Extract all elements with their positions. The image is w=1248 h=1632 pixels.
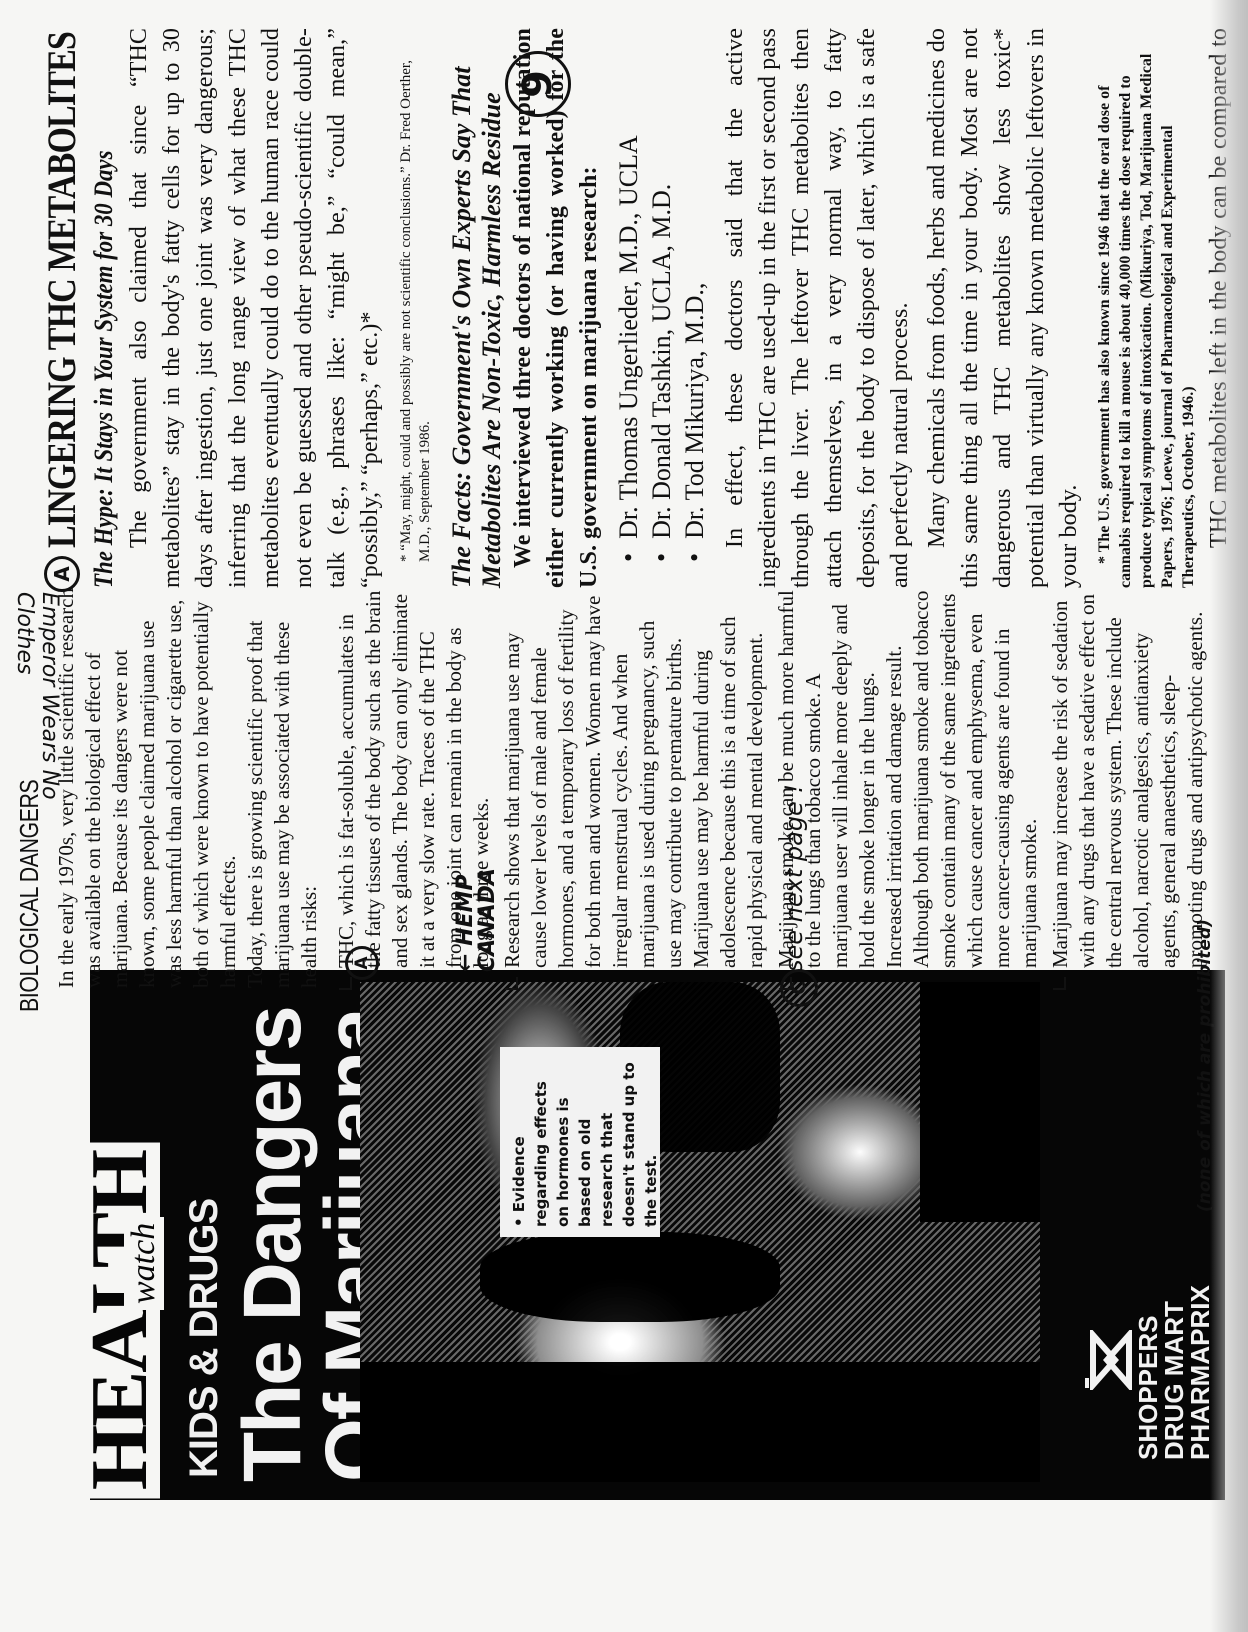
section-heading: LINGERING THC METABOLITES (38, 101, 85, 548)
hype-paragraph: The government also claimed that since “… (123, 28, 387, 588)
photo-caption-box: • Evidence regarding effects on hormones… (500, 1047, 660, 1237)
effect-paragraph: In effect, these doctors said that the a… (719, 28, 917, 588)
handwritten-see-next-page: see next page ! (780, 772, 808, 972)
doctor-item: Dr. Tod Mikuriya, M.D., (678, 22, 711, 562)
chemicals-paragraph: Many chemicals from foods, herbs and med… (921, 28, 1086, 588)
footnote: * The U.S. government has also known sin… (1094, 28, 1199, 588)
photo-teens (360, 982, 1040, 1482)
circled-marker-a: A (44, 556, 80, 592)
watch-wordmark: watch (124, 1217, 164, 1310)
sponsor-line-2: DRUG MART (1161, 1285, 1187, 1460)
circled-marker-a: A (345, 946, 379, 980)
handwritten-hemp-canada: ← HEMP CANADA (455, 852, 499, 972)
intro-paragraph: In the early 1970s, very little scientif… (53, 588, 242, 988)
checkbox-icon (339, 977, 352, 990)
today-paragraph: Today, there is growing scientific proof… (242, 588, 323, 988)
risk-item: Research shows that marijuana use may ca… (499, 588, 769, 1012)
footnote: * “May, might, could and possibly are no… (397, 42, 435, 562)
health-wordmark: HEALTH (80, 1143, 160, 1499)
photo-caption: • Evidence regarding effects on hormones… (508, 1057, 662, 1227)
sponsor-line-1: SHOPPERS (1135, 1285, 1161, 1460)
headline-line-1: The Dangers (230, 1007, 316, 1482)
circled-page-number: 9 (505, 51, 571, 117)
facts-subheading: The Facts: Government's Own Experts Say … (447, 28, 507, 588)
biological-dangers-column: BIOLOGICAL DANGERS In the early 1970s, v… (14, 592, 1214, 1012)
doctor-item: Dr. Thomas Ungerlieder, M.D., UCLA (612, 22, 645, 562)
kicker: KIDS & DRUGS (182, 1199, 227, 1478)
doctor-list: Dr. Thomas Ungerlieder, M.D., UCLA Dr. D… (612, 22, 711, 562)
scan-edge-shadow (1210, 0, 1248, 1632)
scanned-page: HEALTH watch KIDS & DRUGS The Dangers Of… (0, 0, 1248, 1632)
lingering-thc-column: A LINGERING THC METABOLITES The Hype: It… (38, 22, 1238, 592)
circled-marker-c: C (780, 969, 818, 1007)
handwritten-emperor-note: Emperor Wears No Clothes (12, 592, 62, 862)
checkbox-icon (1053, 977, 1066, 990)
checkbox-icon (505, 977, 518, 990)
hype-subheading: The Hype: It Stays in Your System for 30… (89, 90, 119, 588)
health-watch-banner: HEALTH watch KIDS & DRUGS The Dangers Of… (90, 970, 340, 1500)
shoppers-logo-icon (1085, 1330, 1135, 1390)
doctor-item: Dr. Donald Tashkin, UCLA, M.D. (645, 22, 678, 562)
risk-item: Marijuana may increase the risk of sedat… (1047, 588, 1209, 1012)
risk-item: Marijuana smoke can be much more harmful… (773, 588, 1043, 1012)
